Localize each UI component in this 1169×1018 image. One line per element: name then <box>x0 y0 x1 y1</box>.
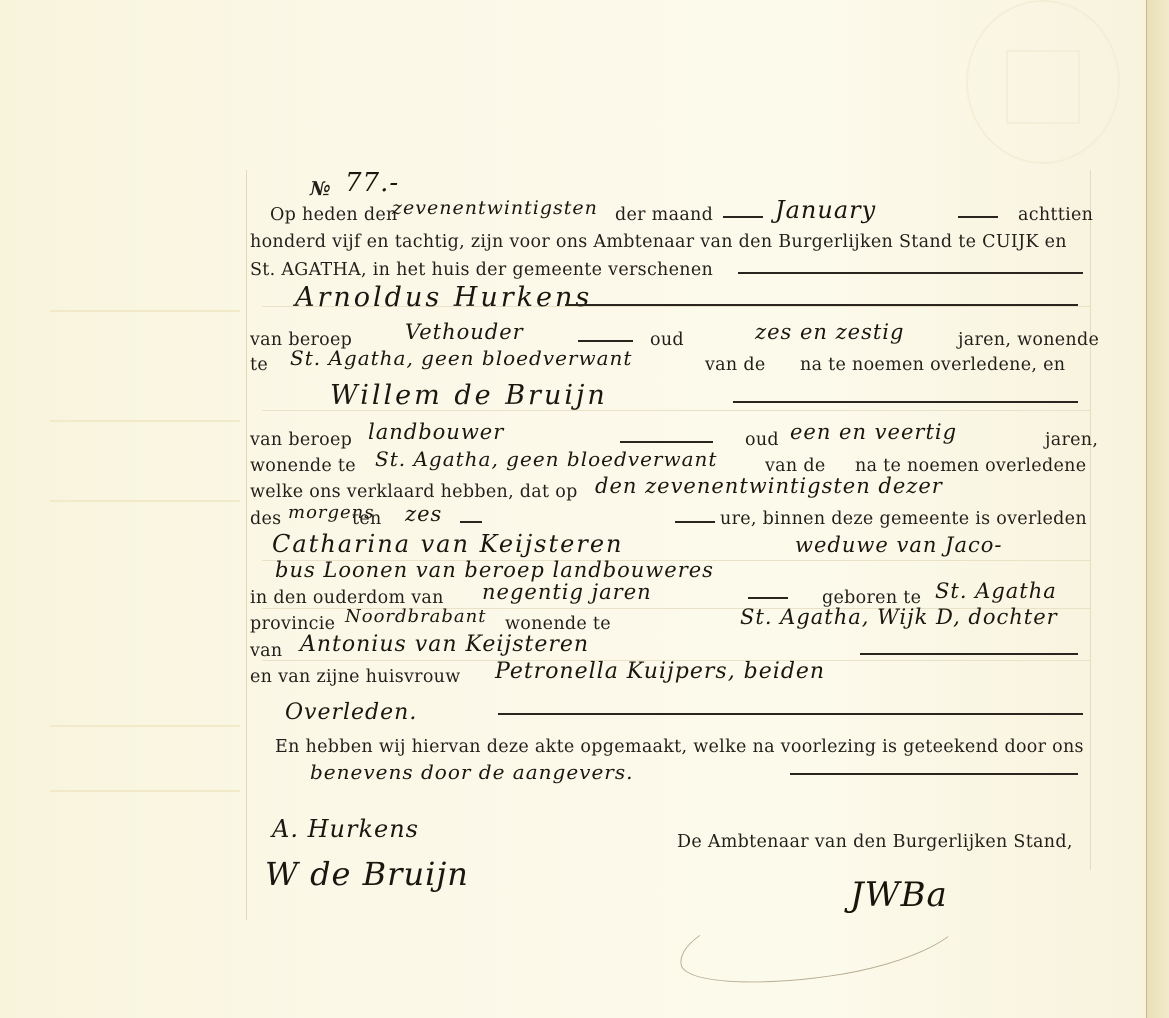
handwritten-residence-1: St. Agatha, geen bloedverwant <box>290 346 632 370</box>
fill-dash <box>748 597 788 599</box>
fill-dash <box>620 441 713 443</box>
page-edge <box>1146 0 1169 1018</box>
printed-text: en van zijne huisvrouw <box>250 667 461 687</box>
official-label: De Ambtenaar van den Burgerlijken Stand, <box>677 832 1073 852</box>
fill-dash <box>723 216 763 218</box>
handwritten-birthplace: St. Agatha <box>935 579 1057 603</box>
signature-declarant-1: A. Hurkens <box>272 815 419 843</box>
handwritten-province: Noordbrabant <box>345 606 487 627</box>
handwritten-declarant-2: Willem de Bruijn <box>330 380 608 411</box>
handwritten-mother: Petronella Kuijpers, beiden <box>495 659 825 684</box>
fill-line <box>738 272 1083 274</box>
handwritten-month: January <box>775 196 876 224</box>
printed-text: des <box>250 509 281 529</box>
fill-line <box>790 773 1078 775</box>
printed-text: van <box>250 641 283 661</box>
handwritten-day: zevenentwintigsten <box>392 197 598 219</box>
handwritten-occupation-1: Vethouder <box>405 320 524 344</box>
handwritten-residence-2: St. Agatha, geen bloedverwant <box>375 447 717 471</box>
fill-dash <box>958 216 998 218</box>
fill-line <box>860 653 1078 655</box>
printed-text: achttien <box>1018 205 1093 225</box>
printed-text: van de <box>705 355 766 375</box>
record-number: 77.- <box>345 168 399 198</box>
fill-line <box>565 304 1078 306</box>
printed-text: Op heden den <box>270 205 398 225</box>
printed-text: na te noemen overledene <box>855 456 1086 476</box>
printed-text: honderd vijf en tachtig, zijn voor ons A… <box>250 232 1067 252</box>
printed-text: jaren, <box>1045 430 1098 450</box>
handwritten-hour: zes <box>405 502 442 526</box>
printed-text: provincie <box>250 614 335 634</box>
printed-text: in den ouderdom van <box>250 588 444 608</box>
handwritten-widow-of-cont: bus Loonen van beroep landbouweres <box>275 558 714 582</box>
bleed-through-line <box>50 420 240 422</box>
printed-text: welke ons verklaard hebben, dat op <box>250 482 578 502</box>
printed-text: te <box>250 355 268 375</box>
handwritten-widow-of: weduwe van Jaco- <box>795 533 1002 557</box>
record-number-label: № <box>310 178 331 200</box>
printed-text: van de <box>765 456 826 476</box>
handwritten-parents-status: Overleden. <box>285 700 417 725</box>
handwritten-closing: benevens door de aangevers. <box>310 760 633 784</box>
printed-text: van beroep <box>250 430 352 450</box>
printed-text: jaren, wonende <box>958 330 1099 350</box>
handwritten-age-1: zes en zestig <box>755 320 904 344</box>
handwritten-father: Antonius van Keijsteren <box>300 632 589 657</box>
handwritten-age-2: een en veertig <box>790 420 957 444</box>
printed-text: oud <box>650 330 684 350</box>
right-margin-rule <box>1090 170 1091 870</box>
left-margin-rule <box>246 170 247 920</box>
fill-dash <box>460 521 482 523</box>
fill-dash <box>578 340 633 342</box>
bleed-through-line <box>50 790 240 792</box>
bleed-through-line <box>50 310 240 312</box>
handwritten-death-day: den zevenentwintigsten dezer <box>595 474 943 498</box>
fill-line <box>498 713 1083 715</box>
handwritten-age-deceased: negentig jaren <box>482 580 652 604</box>
handwritten-deceased-name: Catharina van Keijsteren <box>272 530 623 558</box>
handwritten-occupation-2: landbouwer <box>368 420 504 444</box>
bleed-through-line <box>50 500 240 502</box>
fill-line <box>733 401 1078 403</box>
signature-flourish <box>674 875 975 997</box>
fill-dash <box>675 521 715 523</box>
document-page: № 77.- Op heden den zevenentwintigsten d… <box>0 0 1169 1018</box>
printed-text: St. AGATHA, in het huis der gemeente ver… <box>250 260 713 280</box>
printed-text: oud <box>745 430 779 450</box>
printed-text: ten <box>352 509 382 529</box>
printed-text: wonende te <box>250 456 356 476</box>
handwritten-residence: St. Agatha, Wijk D, dochter <box>740 605 1058 629</box>
printed-text: der maand <box>615 205 713 225</box>
handwritten-declarant-1: Arnoldus Hurkens <box>295 282 592 313</box>
printed-text: En hebben wij hiervan deze akte opgemaak… <box>275 737 1084 757</box>
bleed-through-line <box>50 725 240 727</box>
printed-text: ure, binnen deze gemeente is overleden <box>720 509 1087 529</box>
signature-declarant-2: W de Bruijn <box>265 855 469 893</box>
printed-text: wonende te <box>505 614 611 634</box>
printed-text: na te noemen overledene, en <box>800 355 1065 375</box>
seal-shield-icon <box>1006 50 1080 124</box>
